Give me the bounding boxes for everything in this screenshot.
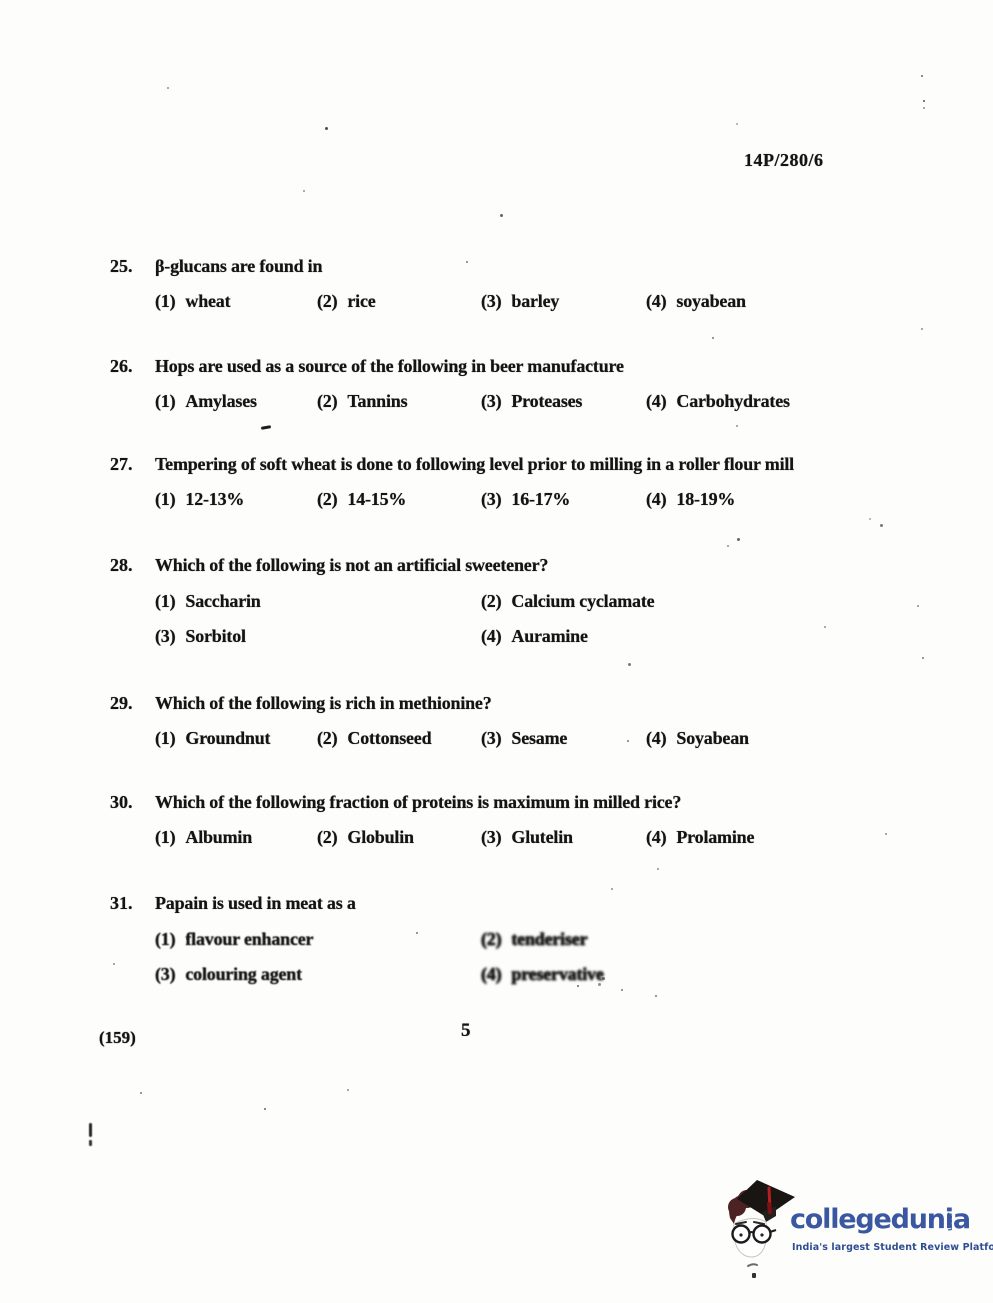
- option-label: (4): [481, 626, 501, 647]
- scan-speck: [113, 963, 115, 965]
- option-label: (2): [317, 728, 337, 749]
- question-text: Hops are used as a source of the followi…: [155, 356, 624, 377]
- scan-speck: [325, 127, 328, 130]
- logo-tagline: India's largest Student Review Platform: [792, 1242, 993, 1253]
- option-label: (4): [646, 827, 666, 848]
- option-3: (3)Sesame: [481, 728, 567, 749]
- scan-speck: [922, 657, 924, 659]
- option-text: Tannins: [347, 391, 407, 411]
- option-3: (3)16-17%: [481, 489, 570, 510]
- question-30: 30.Which of the following fraction of pr…: [110, 792, 980, 902]
- collegedunia-logo: collegedunia .com India's largest Studen…: [724, 1178, 974, 1283]
- option-text: flavour enhancer: [185, 929, 313, 949]
- option-2: (2)14-15%: [317, 489, 406, 510]
- option-text: Prolamine: [676, 827, 754, 847]
- option-2: (2)Cottonseed: [317, 728, 431, 749]
- question-29: 29.Which of the following is rich in met…: [110, 693, 980, 803]
- question-text: Tempering of soft wheat is done to follo…: [155, 454, 794, 475]
- option-text: wheat: [185, 291, 230, 311]
- option-text: 12-13%: [185, 489, 244, 509]
- scan-speck: [621, 989, 623, 991]
- option-label: (2): [317, 391, 337, 412]
- option-1: (1)Amylases: [155, 391, 257, 412]
- option-3: (3)barley: [481, 291, 559, 312]
- option-3: (3)Glutelin: [481, 827, 573, 848]
- mascot-icon: [724, 1180, 796, 1280]
- option-4: (4)Soyabean: [646, 728, 749, 749]
- question-number: 31.: [110, 893, 133, 914]
- option-label: (1): [155, 489, 175, 510]
- option-text: Saccharin: [185, 591, 260, 611]
- scan-speck: [598, 983, 601, 986]
- option-label: (4): [646, 391, 666, 412]
- option-3: (3)Sorbitol: [155, 626, 246, 647]
- question-number: 26.: [110, 356, 133, 377]
- question-text: β-glucans are found in: [155, 256, 322, 277]
- option-text: tenderiser: [511, 929, 587, 949]
- scan-speck: [727, 545, 729, 547]
- scan-speck: [186, 938, 188, 940]
- option-label: (3): [481, 728, 501, 749]
- option-label: (2): [317, 827, 337, 848]
- scan-speck: [655, 995, 657, 997]
- scan-speck: [602, 977, 605, 980]
- scan-speck: [347, 1089, 349, 1091]
- option-text: Proteases: [511, 391, 582, 411]
- option-text: soyabean: [676, 291, 745, 311]
- scan-speck: [923, 107, 925, 109]
- option-3: (3)Proteases: [481, 391, 582, 412]
- question-text: Which of the following is rich in methio…: [155, 693, 492, 714]
- option-label: (3): [481, 489, 501, 510]
- option-4: (4)Carbohydrates: [646, 391, 790, 412]
- option-text: Amylases: [185, 391, 256, 411]
- option-text: rice: [347, 291, 375, 311]
- option-text: 16-17%: [511, 489, 570, 509]
- option-2: (2)Calcium cyclamate: [481, 591, 654, 612]
- option-2: (2)Globulin: [317, 827, 414, 848]
- scan-speck: [880, 524, 883, 527]
- option-text: Auramine: [511, 626, 587, 646]
- question-25: 25.β-glucans are found in(1)wheat(2)rice…: [110, 256, 980, 366]
- option-label: (4): [646, 728, 666, 749]
- option-text: Sorbitol: [185, 626, 245, 646]
- option-label: (4): [646, 489, 666, 510]
- logo-dotcom-text: .com: [946, 1212, 954, 1231]
- option-label: (3): [481, 291, 501, 312]
- scan-speck: [921, 328, 923, 330]
- scan-speck: [736, 123, 738, 125]
- scan-speck: [611, 888, 613, 890]
- stray-ink-mark: [88, 1123, 92, 1147]
- option-1: (1)Saccharin: [155, 591, 261, 612]
- option-4: (4)Auramine: [481, 626, 588, 647]
- option-1: (1)Groundnut: [155, 728, 270, 749]
- option-2: (2)rice: [317, 291, 376, 312]
- option-4: (4)preservative: [481, 964, 604, 985]
- scan-speck: [923, 100, 925, 102]
- scan-speck: [657, 868, 659, 870]
- option-label: (1): [155, 591, 175, 612]
- scan-speck: [500, 214, 503, 217]
- option-4: (4)Prolamine: [646, 827, 754, 848]
- option-label: (2): [317, 489, 337, 510]
- option-label: (3): [155, 964, 175, 985]
- question-number: 25.: [110, 256, 133, 277]
- question-28: 28.Which of the following is not an arti…: [110, 555, 980, 665]
- option-label: (3): [481, 827, 501, 848]
- scan-speck: [577, 985, 579, 987]
- option-3: (3)colouring agent: [155, 964, 302, 985]
- scan-speck: [140, 1092, 142, 1094]
- option-label: (2): [481, 591, 501, 612]
- option-text: barley: [511, 291, 559, 311]
- question-number: 27.: [110, 454, 133, 475]
- option-label: (1): [155, 728, 175, 749]
- question-31: 31.Papain is used in meat as a(1)flavour…: [110, 893, 980, 1003]
- scanned-exam-page: 14P/280/6 25.β-glucans are found in(1)wh…: [0, 0, 993, 1303]
- scan-speck: [824, 626, 826, 628]
- scan-speck: [737, 538, 740, 541]
- scan-speck: [303, 190, 305, 192]
- option-text: Globulin: [347, 827, 413, 847]
- option-text: Soyabean: [676, 728, 748, 748]
- question-text: Which of the following fraction of prote…: [155, 792, 681, 813]
- scan-speck: [712, 337, 714, 339]
- scan-speck: [736, 425, 738, 427]
- option-text: Glutelin: [511, 827, 572, 847]
- option-text: Calcium cyclamate: [511, 591, 654, 611]
- option-1: (1)wheat: [155, 291, 230, 312]
- option-label: (3): [155, 626, 175, 647]
- scan-speck: [416, 932, 418, 934]
- logo-brand-text: collegedunia: [790, 1204, 970, 1235]
- question-text: Which of the following is not an artific…: [155, 555, 548, 576]
- booklet-series: (159): [99, 1028, 136, 1048]
- option-label: (4): [646, 291, 666, 312]
- option-label: (2): [481, 929, 501, 950]
- option-4: (4)18-19%: [646, 489, 735, 510]
- question-number: 30.: [110, 792, 133, 813]
- option-text: Carbohydrates: [676, 391, 789, 411]
- scan-speck: [869, 518, 871, 520]
- question-27: 27.Tempering of soft wheat is done to fo…: [110, 454, 980, 564]
- scan-speck: [167, 87, 169, 89]
- option-text: preservative: [511, 964, 603, 984]
- option-text: 14-15%: [347, 489, 406, 509]
- option-1: (1)flavour enhancer: [155, 929, 313, 950]
- option-text: Cottonseed: [347, 728, 431, 748]
- scan-speck: [627, 740, 629, 742]
- option-1: (1)Albumin: [155, 827, 252, 848]
- option-1: (1)12-13%: [155, 489, 244, 510]
- scan-speck: [628, 663, 631, 666]
- option-label: (1): [155, 391, 175, 412]
- scan-speck: [264, 1108, 266, 1110]
- option-label: (2): [317, 291, 337, 312]
- paper-code: 14P/280/6: [744, 150, 824, 171]
- question-text: Papain is used in meat as a: [155, 893, 356, 914]
- option-2: (2)tenderiser: [481, 929, 587, 950]
- scan-speck: [917, 605, 919, 607]
- option-label: (4): [481, 964, 501, 985]
- option-text: Albumin: [185, 827, 252, 847]
- question-26: 26.Hops are used as a source of the foll…: [110, 356, 980, 466]
- option-text: 18-19%: [676, 489, 735, 509]
- option-label: (1): [155, 929, 175, 950]
- option-text: Sesame: [511, 728, 567, 748]
- option-4: (4)soyabean: [646, 291, 746, 312]
- scan-speck: [466, 261, 468, 263]
- option-label: (3): [481, 391, 501, 412]
- scan-speck: [885, 833, 887, 835]
- question-number: 28.: [110, 555, 133, 576]
- option-text: colouring agent: [185, 964, 302, 984]
- option-label: (1): [155, 291, 175, 312]
- page-number: 5: [461, 1020, 471, 1042]
- option-label: (1): [155, 827, 175, 848]
- option-2: (2)Tannins: [317, 391, 407, 412]
- scan-speck: [921, 75, 923, 77]
- question-number: 29.: [110, 693, 133, 714]
- option-text: Groundnut: [185, 728, 270, 748]
